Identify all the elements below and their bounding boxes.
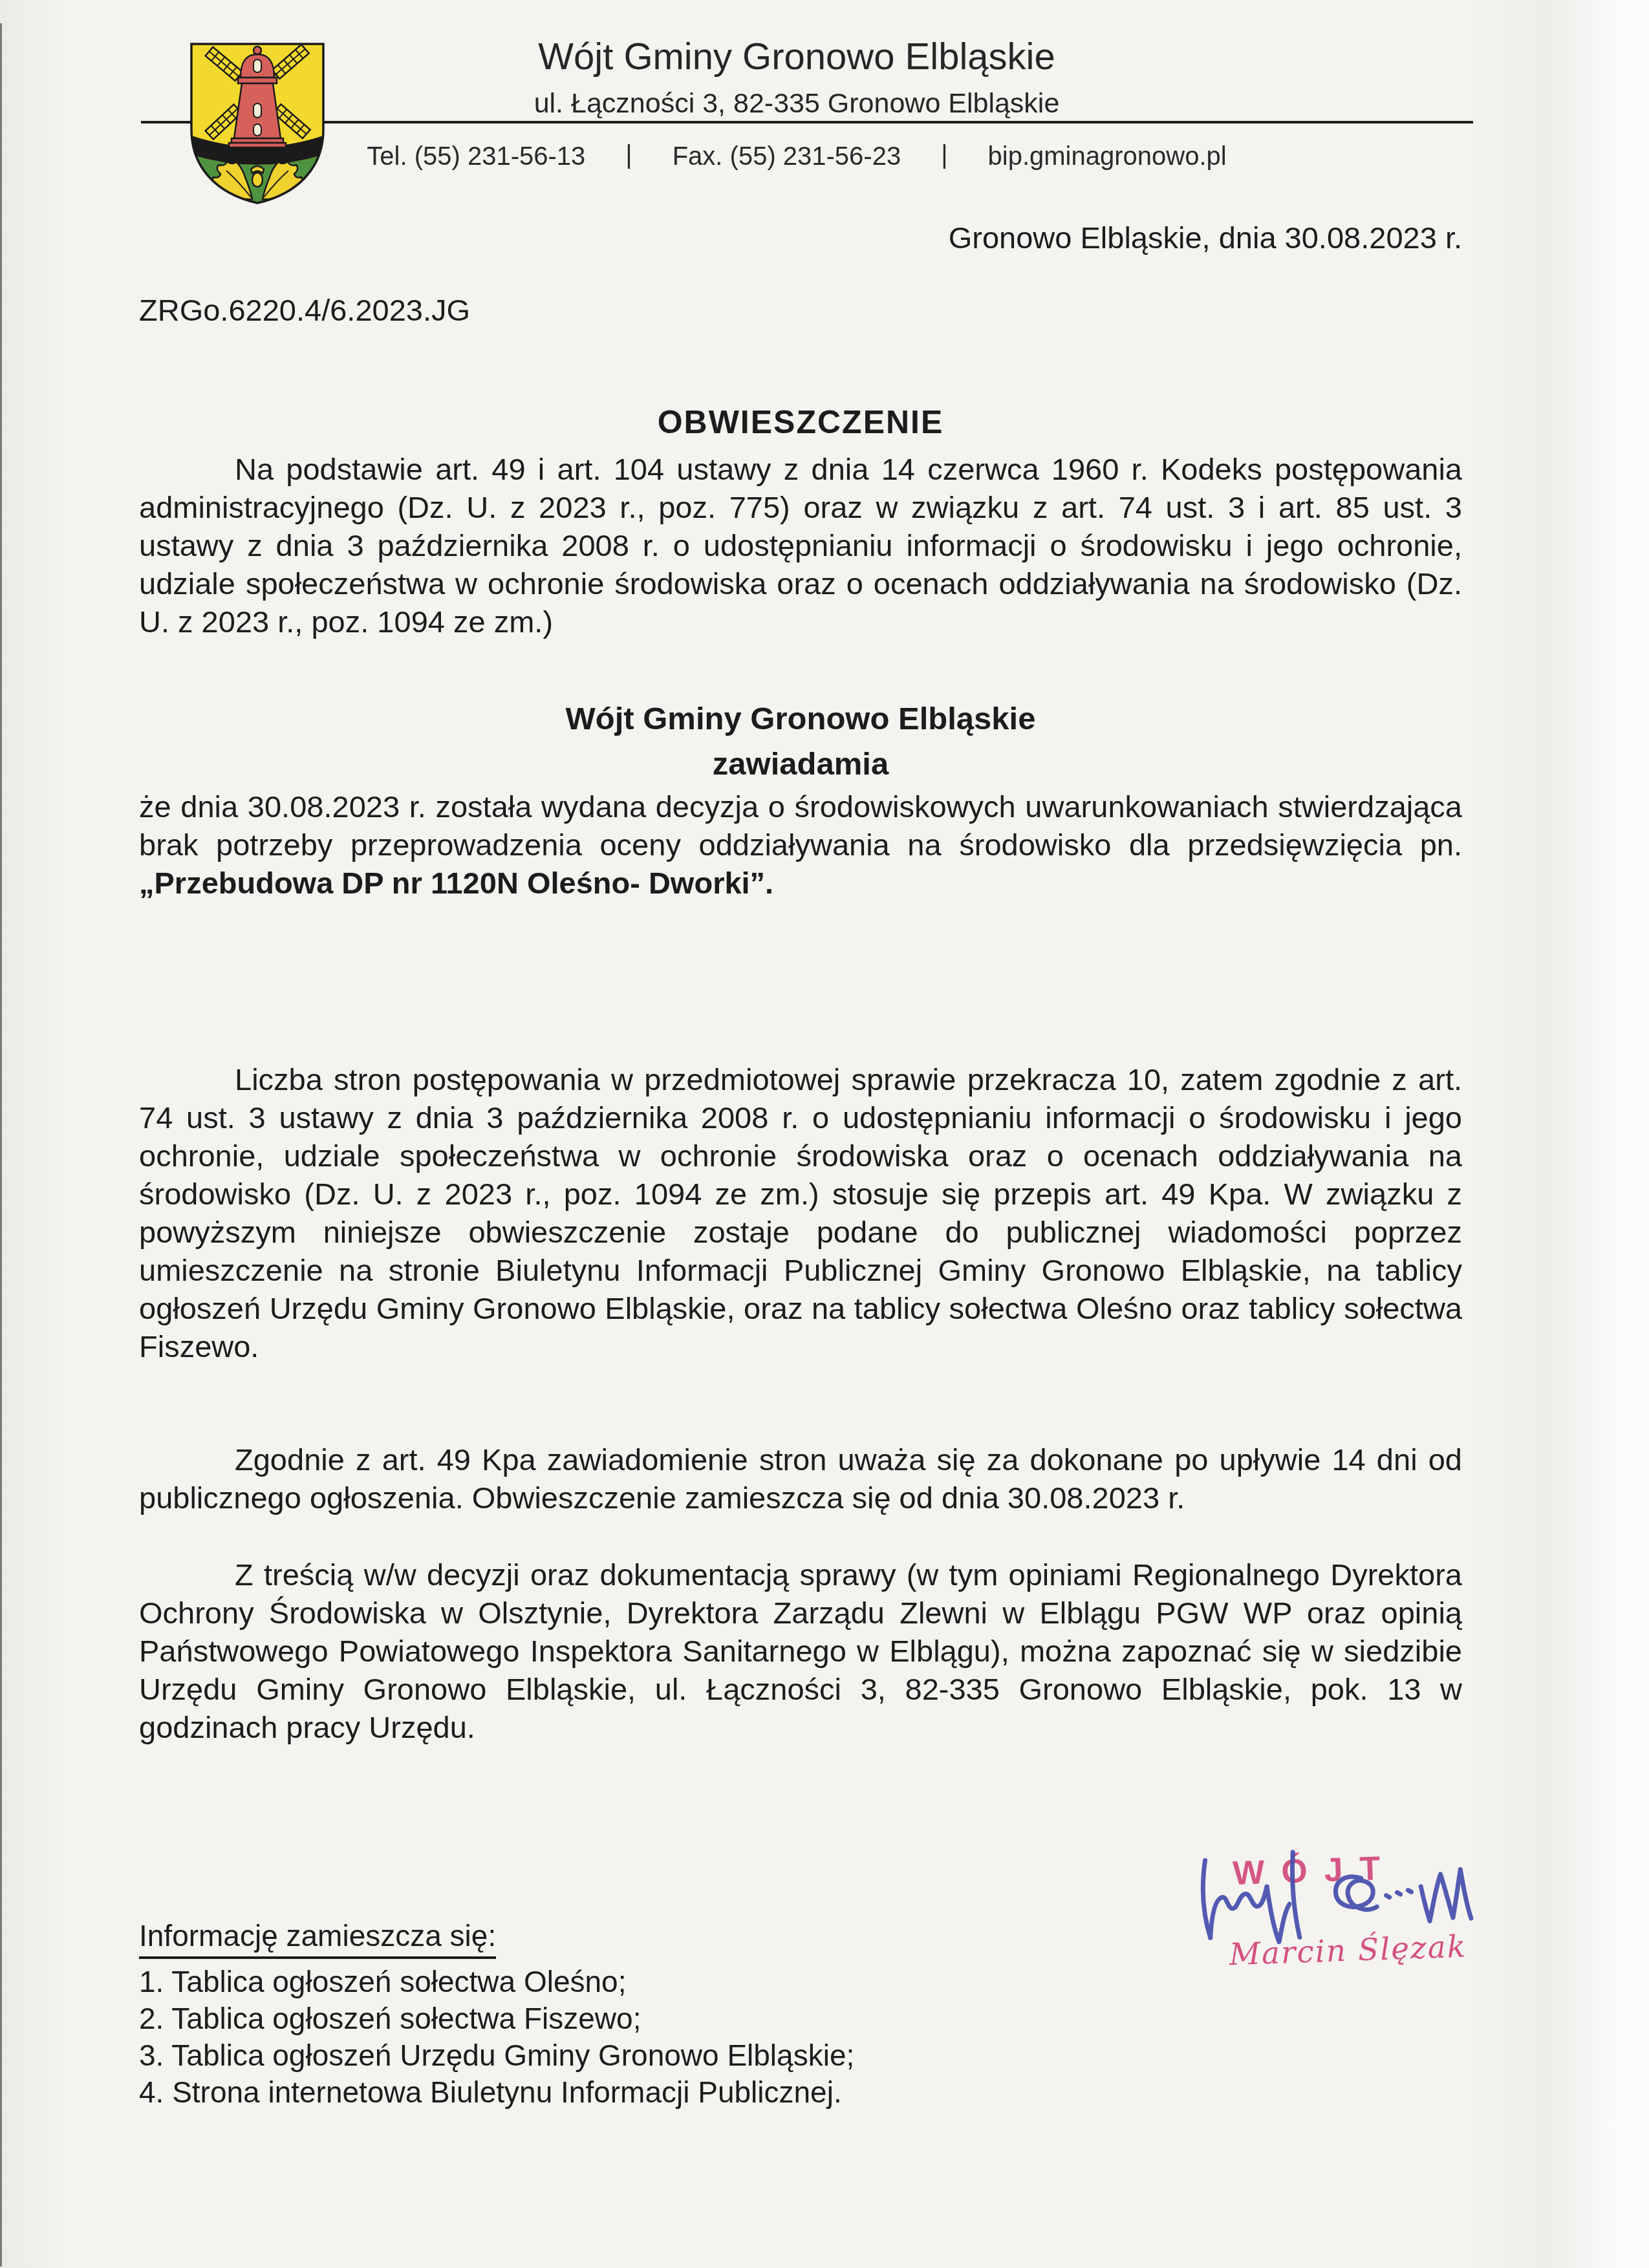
subheading-notifies: zawiadamia bbox=[139, 746, 1462, 782]
distribution-list: Informację zamieszcza się: 1. Tablica og… bbox=[139, 1918, 1462, 2111]
scan-edge-artifact bbox=[0, 23, 2, 2267]
document-title: OBWIESZCZENIE bbox=[139, 403, 1462, 441]
decision-text: że dnia 30.08.2023 r. została wydana dec… bbox=[139, 789, 1462, 862]
windmill-crest-icon bbox=[186, 40, 329, 206]
municipal-crest bbox=[186, 40, 329, 206]
paragraph-deadline: Zgodnie z art. 49 Kpa zawiadomienie stro… bbox=[139, 1440, 1462, 1517]
paragraph-legal-basis: Na podstawie art. 49 i art. 104 ustawy z… bbox=[139, 450, 1462, 641]
subheading-authority: Wójt Gminy Gronowo Elbląskie bbox=[139, 701, 1462, 737]
fax-number: Fax. (55) 231-56-23 bbox=[673, 142, 901, 171]
website-url: bip.gminagronowo.pl bbox=[988, 142, 1227, 171]
paragraph-parties: Liczba stron postępowania w przedmiotowe… bbox=[139, 1060, 1462, 1365]
case-number: ZRGo.6220.4/6.2023.JG bbox=[139, 292, 470, 328]
list-item: 2. Tablica ogłoszeń sołectwa Fiszewo; bbox=[139, 2000, 1462, 2037]
phone-number: Tel. (55) 231-56-13 bbox=[367, 142, 585, 171]
scanned-document-page: Wójt Gminy Gronowo Elbląskie ul. Łącznoś… bbox=[0, 0, 1649, 2268]
separator-bar: | bbox=[941, 141, 947, 170]
distribution-list-title: Informację zamieszcza się: bbox=[139, 1918, 496, 1959]
list-item: 1. Tablica ogłoszeń sołectwa Oleśno; bbox=[139, 1963, 1462, 2000]
list-item: 3. Tablica ogłoszeń Urzędu Gminy Gronowo… bbox=[139, 2037, 1462, 2074]
paragraph-decision: że dnia 30.08.2023 r. została wydana dec… bbox=[139, 787, 1462, 902]
separator-bar: | bbox=[625, 141, 632, 170]
header-divider bbox=[141, 121, 1473, 123]
project-name: „Przebudowa DP nr 1120N Oleśno- Dworki”. bbox=[139, 866, 773, 900]
list-item: 4. Strona internetowa Biuletynu Informac… bbox=[139, 2074, 1462, 2111]
paragraph-access: Z treścią w/w decyzji oraz dokumentacją … bbox=[139, 1556, 1462, 1746]
dateline: Gronowo Elbląskie, dnia 30.08.2023 r. bbox=[139, 220, 1462, 255]
